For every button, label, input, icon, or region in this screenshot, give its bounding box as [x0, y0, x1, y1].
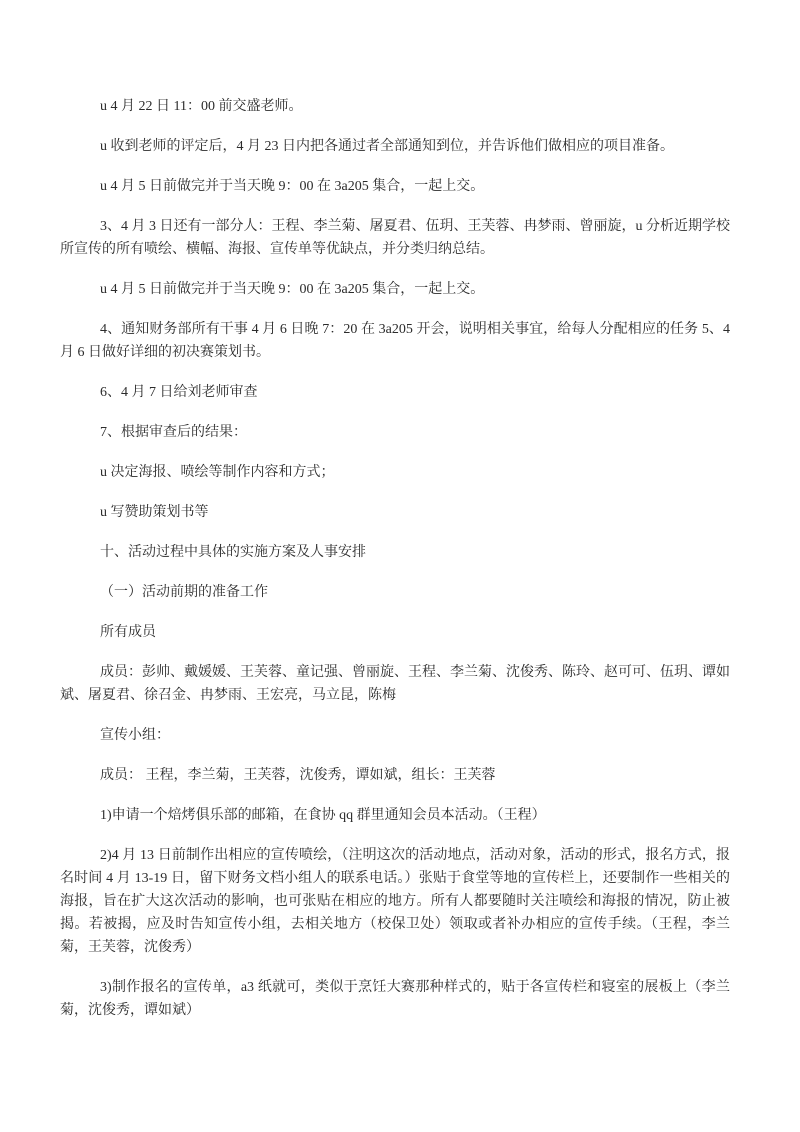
- paragraph-section-10: 十、活动过程中具体的实施方案及人事安排: [60, 541, 730, 564]
- paragraph-item-7: 7、根据审查后的结果：: [60, 421, 730, 444]
- paragraph-item-4-5: 4、通知财务部所有干事 4 月 6 日晚 7：20 在 3a205 开会，说明相…: [60, 318, 730, 364]
- paragraph-bullet-meetup-2: u 4 月 5 日前做完并于当天晚 9：00 在 3a205 集合，一起上交。: [60, 278, 730, 301]
- paragraph-bullet-poster: u 决定海报、喷绘等制作内容和方式；: [60, 461, 730, 484]
- paragraph-member-list: 成员：彭帅、戴媛媛、王芙蓉、童记强、曾丽旋、王程、李兰菊、沈俊秀、陈玲、赵可可、…: [60, 661, 730, 707]
- paragraph-bullet-deadline: u 4 月 22 日 11：00 前交盛老师。: [60, 95, 730, 118]
- paragraph-task-1: 1)申请一个焙烤俱乐部的邮箱，在食协 qq 群里通知会员本活动。（王程）: [60, 804, 730, 827]
- paragraph-bullet-sponsor: u 写赞助策划书等: [60, 501, 730, 524]
- document-page: u 4 月 22 日 11：00 前交盛老师。 u 收到老师的评定后，4 月 2…: [0, 0, 800, 1132]
- paragraph-task-2: 2)4 月 13 日前制作出相应的宣传喷绘，（注明这次的活动地点，活动对象，活动…: [60, 844, 730, 959]
- paragraph-item-3: 3、4 月 3 日还有一部分人：王程、李兰菊、屠夏君、伍玥、王芙蓉、冉梦雨、曾丽…: [60, 215, 730, 261]
- paragraph-subsection-1: （一）活动前期的准备工作: [60, 581, 730, 604]
- paragraph-item-6: 6、4 月 7 日给刘老师审查: [60, 381, 730, 404]
- paragraph-publicity-members: 成员： 王程，李兰菊，王芙蓉，沈俊秀，谭如斌，组长：王芙蓉: [60, 764, 730, 787]
- paragraph-bullet-notify: u 收到老师的评定后，4 月 23 日内把各通过者全部通知到位，并告诉他们做相应…: [60, 135, 730, 158]
- paragraph-bullet-meetup: u 4 月 5 日前做完并于当天晚 9：00 在 3a205 集合，一起上交。: [60, 175, 730, 198]
- document-body: u 4 月 22 日 11：00 前交盛老师。 u 收到老师的评定后，4 月 2…: [60, 95, 730, 1022]
- paragraph-task-3: 3)制作报名的宣传单，a3 纸就可，类似于烹饪大赛那种样式的，贴于各宣传栏和寝室…: [60, 976, 730, 1022]
- paragraph-publicity-group-label: 宣传小组：: [60, 724, 730, 747]
- paragraph-all-members-label: 所有成员: [60, 621, 730, 644]
